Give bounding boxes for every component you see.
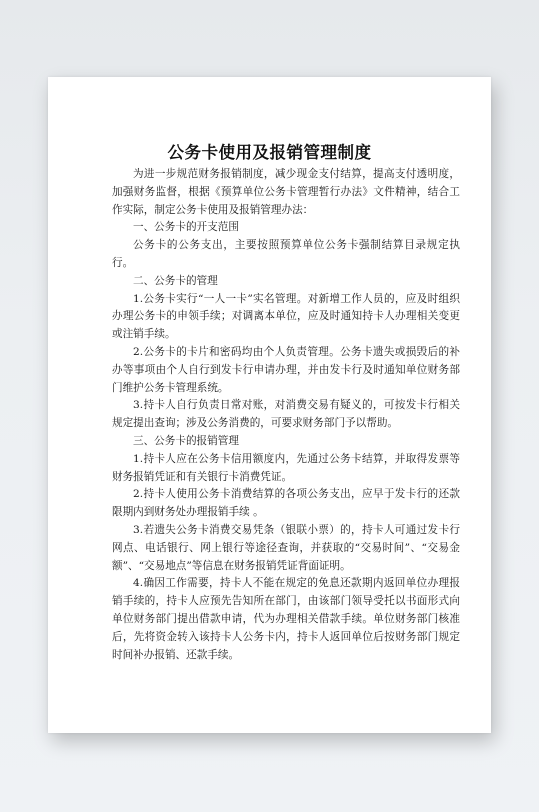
reimbursement-item-1: 1.持卡人应在公务卡信用额度内，先通过公务卡结算，并取得发票等财务报销凭证和有关… xyxy=(112,451,460,487)
reimbursement-item-4: 4.确因工作需要，持卡人不能在规定的免息还款期内返回单位办理报销手续的，持卡人应… xyxy=(112,575,460,664)
reimbursement-item-3: 3.若遗失公务卡消费交易凭条（银联小票）的，持卡人可通过发卡行网点、电话银行、网… xyxy=(112,522,460,575)
section-heading-management: 二、公务卡的管理 xyxy=(112,273,460,291)
document-page: 公务卡使用及报销管理制度 为进一步规范财务报销制度，减少现金支付结算，提高支付透… xyxy=(48,77,491,733)
intro-paragraph: 为进一步规范财务报销制度，减少现金支付结算，提高支付透明度，加强财务监督，根据《… xyxy=(112,166,460,219)
management-item-2: 2.公务卡的卡片和密码均由个人负责管理。公务卡遗失或损毁后的补办等事项由个人自行… xyxy=(112,344,460,397)
management-item-1: 1.公务卡实行“一人一卡”实名管理。对新增工作人员的，应及时组织办理公务卡的申领… xyxy=(112,291,460,344)
document-title: 公务卡使用及报销管理制度 xyxy=(48,141,491,165)
section-heading-reimbursement: 三、公务卡的报销管理 xyxy=(112,433,460,451)
scope-paragraph: 公务卡的公务支出，主要按照预算单位公务卡强制结算目录规定执行。 xyxy=(112,237,460,273)
document-body: 为进一步规范财务报销制度，减少现金支付结算，提高支付透明度，加强财务监督，根据《… xyxy=(112,166,460,664)
management-item-3: 3.持卡人自行负责日常对账，对消费交易有疑义的，可按发卡行相关规定提出查询；涉及… xyxy=(112,397,460,433)
section-heading-scope: 一、公务卡的开支范围 xyxy=(112,219,460,237)
reimbursement-item-2: 2.持卡人使用公务卡消费结算的各项公务支出，应早于发卡行的还款限期内到财务处办理… xyxy=(112,486,460,522)
